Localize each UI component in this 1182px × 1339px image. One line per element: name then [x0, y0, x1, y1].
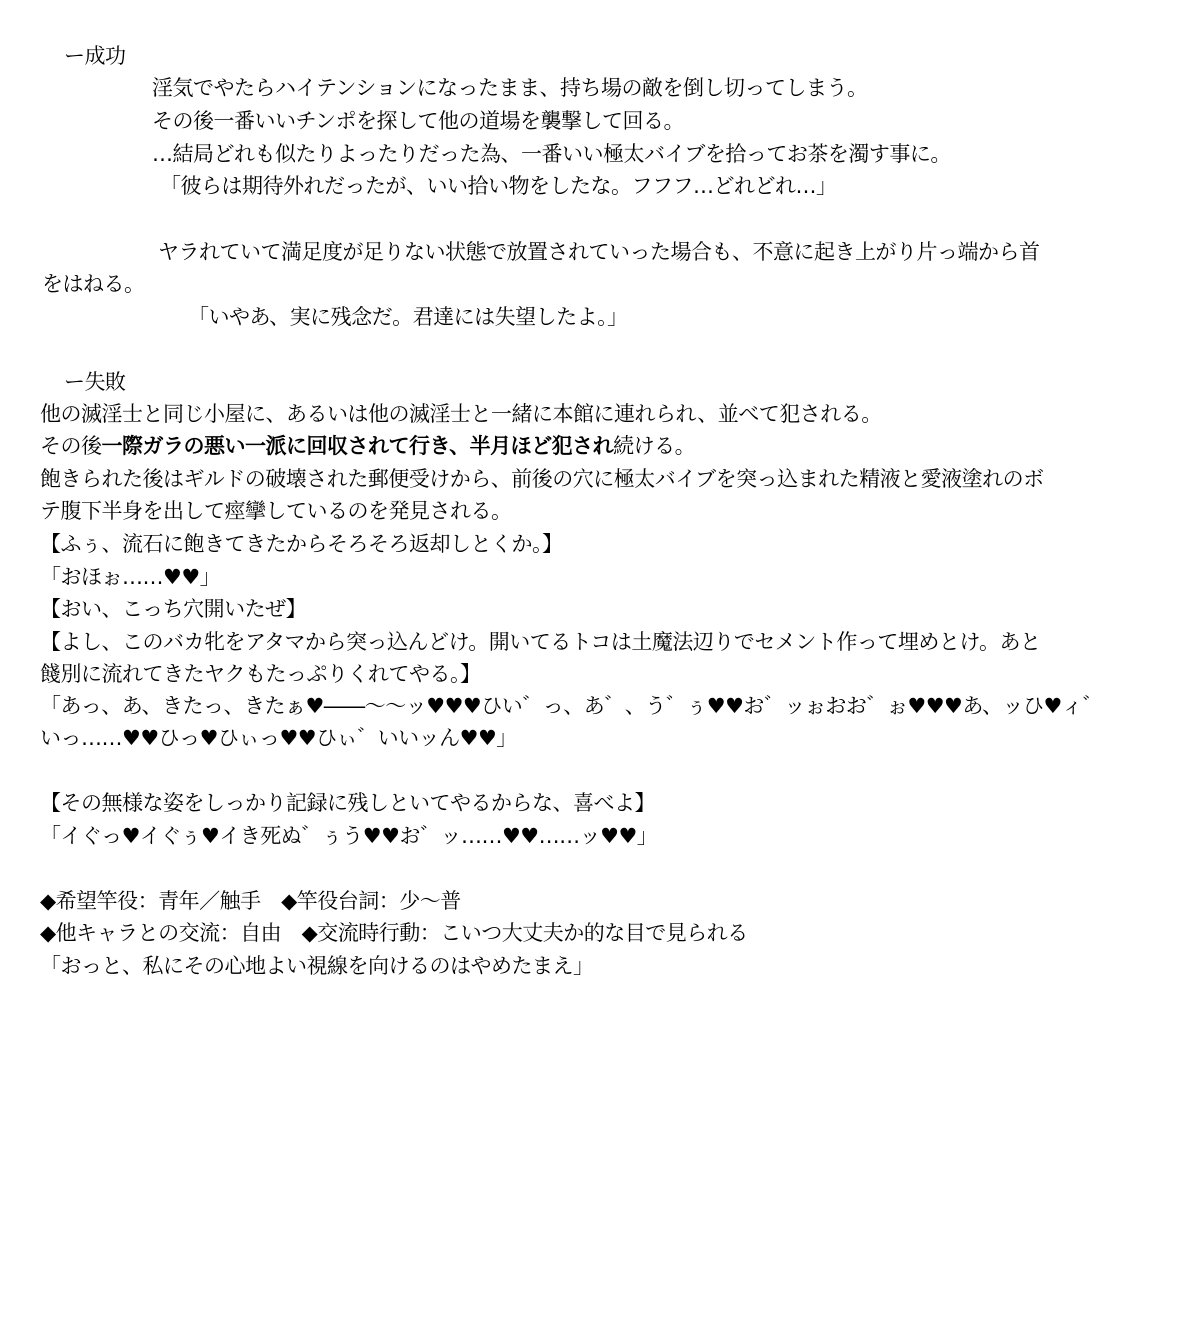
failure-line-2-bold: 一際ガラの悪い一派に回収されて行き、半月ほど犯され — [102, 434, 614, 458]
dialogue-line: 【よし、このバカ牝をアタマから突っ込んどけ。開いてるトコは土魔法辺りでセメント作… — [40, 626, 1041, 658]
dialogue-line: 「あっ、あ、きたっ、きたぁ♥――～～ッ♥♥♥ひい゛っ、あ゛、う゛ぅ♥♥お゛ッぉお… — [40, 690, 1103, 722]
dialogue-line: 「イぐっ♥イぐぅ♥イき死ぬ゛ぅう♥♥お゛ッ……♥♥……ッ♥♥」 — [40, 820, 657, 852]
dialogue-line: 【その無様な姿をしっかり記録に残しといてやるからな、喜べよ】 — [40, 787, 655, 819]
dialogue-line: 餞別に流れてきたヤクもたっぷりくれてやる。】 — [40, 658, 481, 690]
dialogue-line: 【ふぅ、流石に飽きてきたからそろそろ返却しとくか。】 — [40, 528, 563, 560]
failure-line-2: その後一際ガラの悪い一派に回収されて行き、半月ほど犯され続ける。 — [40, 430, 695, 462]
failure-line-4: テ腹下半身を出して痙攣しているのを発見される。 — [40, 495, 512, 527]
profile-row-2: ◆他キャラとの交流：自由 ◆交流時行動：こいつ大丈夫か的な目で見られる — [40, 917, 748, 949]
success-line-3: …結局どれも似たりよったりだった為、一番いい極太バイブを拾ってお茶を濁す事に。 — [152, 138, 951, 170]
success-quote-1: 「彼らは期待外れだったが、いい拾い物をしたな。フフフ…どれどれ…」 — [160, 170, 837, 202]
failure-line-2-pre: その後 — [40, 434, 102, 458]
success-quote-2: 「いやあ、実に残念だ。君達には失望したよ。」 — [188, 301, 628, 333]
failure-line-3: 飽きられた後はギルドの破壊された郵便受けから、前後の穴に極太バイブを突っ込まれた… — [40, 463, 1044, 495]
success-para2-line-2: をはねる。 — [42, 268, 145, 300]
success-para2-line-1: ヤラれていて満足度が足りない状態で放置されていった場合も、不意に起き上がり片っ端… — [158, 236, 1040, 268]
dialogue-line: 【おい、こっち穴開いたぜ】 — [40, 593, 306, 625]
profile-quote: 「おっと、私にその心地よい視線を向けるのはやめたまえ」 — [40, 950, 594, 982]
failure-line-2-post: 続ける。 — [613, 434, 695, 458]
success-line-2: その後一番いいチンポを探して他の道場を襲撃して回る。 — [152, 105, 684, 137]
dialogue-line: 「おほぉ……♥♥」 — [40, 561, 220, 593]
dialogue-line: いっ……♥♥ひっ♥ひぃっ♥♥ひぃ゛いいッん♥♥」 — [40, 722, 517, 754]
success-line-1: 淫気でやたらハイテンションになったまま、持ち場の敵を倒し切ってしまう。 — [152, 72, 868, 104]
section-heading-success: ー成功 — [64, 40, 126, 72]
profile-row-1: ◆希望竿役：青年／触手 ◆竿役台詞：少～普 — [40, 885, 461, 917]
section-heading-failure: ー失敗 — [64, 366, 126, 398]
failure-line-1: 他の滅淫士と同じ小屋に、あるいは他の滅淫士と一緒に本館に連れられ、並べて犯される… — [40, 398, 882, 430]
